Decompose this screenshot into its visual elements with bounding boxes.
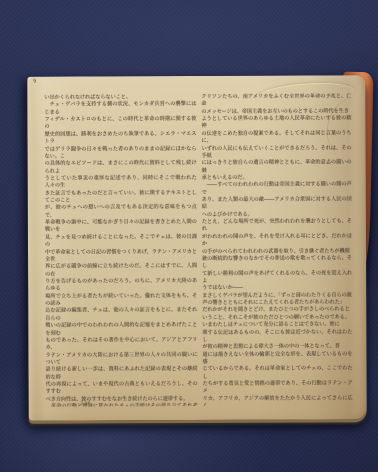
book-page: 9 い出かくられなければならないこと。 チェ・ゲバラを支持する側の状況、モンカダ… bbox=[27, 75, 366, 420]
page-number: 134 bbox=[81, 401, 91, 406]
text-column-left: い出かくられなければならないこと。 チェ・ゲバラを支持する側の状況、モンカダ兵営… bbox=[44, 94, 197, 407]
page-corner-mark: 9 bbox=[33, 78, 37, 85]
photo-scene: 9 い出かくられなければならないこと。 チェ・ゲバラを支持する側の状況、モンカダ… bbox=[0, 0, 378, 472]
text-column-right: クリソンたちの、南アメリカをふくむ全世界の革命の予兆と、亡命 のメッセージは、帝… bbox=[201, 93, 352, 406]
